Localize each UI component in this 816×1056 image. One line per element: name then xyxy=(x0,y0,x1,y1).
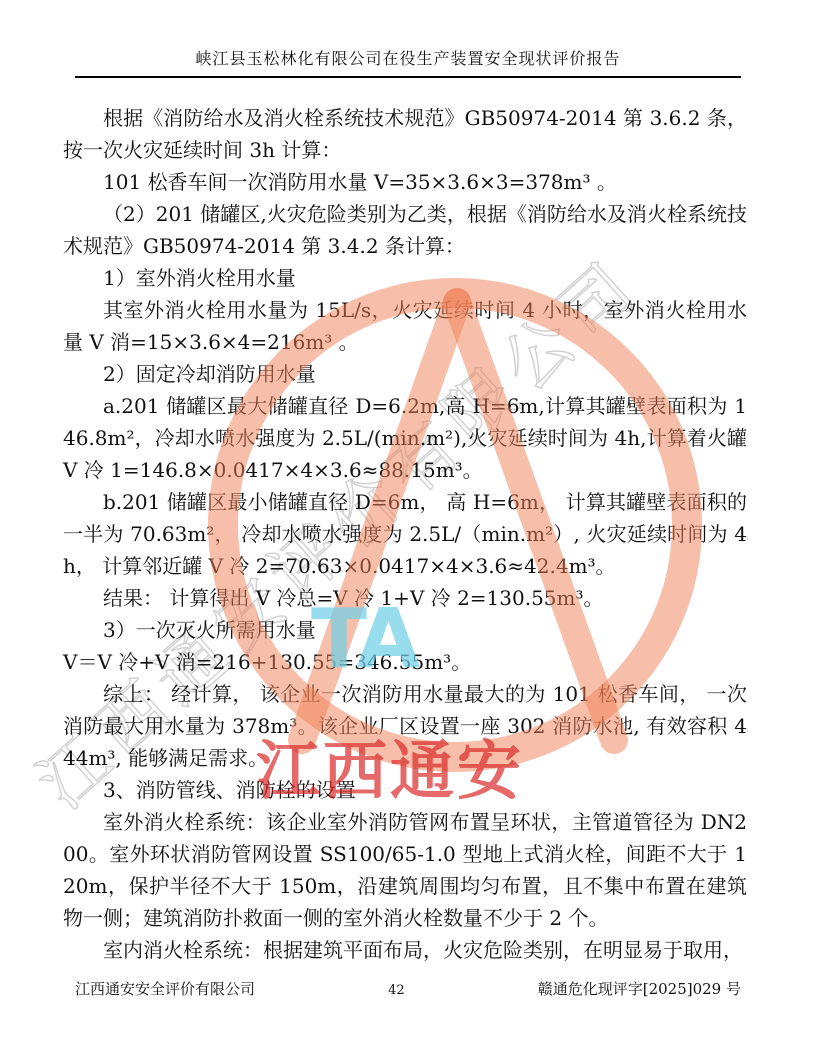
footer-doc-number: 赣通危化现评字[2025]029 号 xyxy=(538,978,741,999)
paragraph: 室内消火栓系统：根据建筑平面布局，火灾危险类别，在明显易于取用， xyxy=(63,934,747,966)
footer-company: 江西通安安全评价有限公司 xyxy=(75,978,255,999)
paragraph: （2）201 储罐区,火灾危险类别为乙类，根据《消防给水及消火栓系统技术规范》G… xyxy=(63,198,747,262)
document-page: 江西通安评价有限公司 峡江县玉松林化有限公司在役生产装置安全现状评价报告 根据《… xyxy=(0,0,816,1056)
footer-page-number: 42 xyxy=(388,983,405,998)
paragraph: b.201 储罐区最小储罐直径 D=6m， 高 H=6m， 计算其罐壁表面积的一… xyxy=(63,486,747,582)
paragraph: V＝V 冷+V 消=216+130.55=346.55m³。 xyxy=(63,646,747,678)
paragraph: 101 松香车间一次消防用水量 V=35×3.6×3=378m³ 。 xyxy=(63,166,747,198)
paragraph: 结果： 计算得出 V 冷总=V 冷 1+V 冷 2=130.55m³。 xyxy=(63,582,747,614)
paragraph: a.201 储罐区最大储罐直径 D=6.2m,高 H=6m,计算其罐壁表面积为 … xyxy=(63,390,747,486)
page-header-title: 峡江县玉松林化有限公司在役生产装置安全现状评价报告 xyxy=(75,46,741,69)
header-rule xyxy=(75,76,741,78)
paragraph: 2）固定冷却消防用水量 xyxy=(63,358,747,390)
paragraph: 3）一次灭火所需用水量 xyxy=(63,614,747,646)
paragraph: 综上： 经计算， 该企业一次消防用水量最大的为 101 松香车间， 一次消防最大… xyxy=(63,678,747,774)
paragraph: 室外消火栓系统：该企业室外消防管网布置呈环状，主管道管径为 DN200。室外环状… xyxy=(63,806,747,934)
paragraph: 其室外消火栓用水量为 15L/s，火灾延续时间 4 小时，室外消火栓用水量 V … xyxy=(63,294,747,358)
paragraph: 1）室外消火栓用水量 xyxy=(63,262,747,294)
paragraph: 根据《消防给水及消火栓系统技术规范》GB50974-2014 第 3.6.2 条… xyxy=(63,102,747,166)
paragraph: 3、消防管线、消防栓的设置 xyxy=(63,774,747,806)
page-footer: 江西通安安全评价有限公司 42 赣通危化现评字[2025]029 号 xyxy=(75,978,741,999)
body-text: 根据《消防给水及消火栓系统技术规范》GB50974-2014 第 3.6.2 条… xyxy=(63,102,747,966)
